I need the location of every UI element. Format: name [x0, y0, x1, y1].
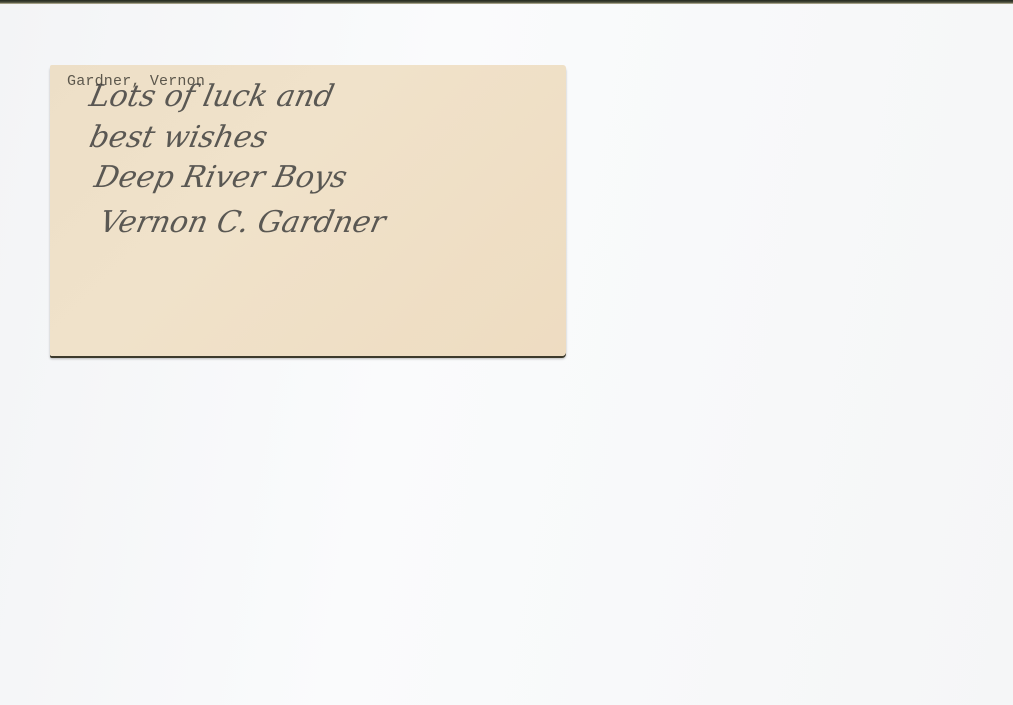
handwritten-line-1: Lots of luck and: [86, 79, 337, 114]
index-card: Gardner, Vernon Lots of luck and best wi…: [50, 65, 566, 356]
signature: Vernon C. Gardner: [96, 205, 388, 240]
handwritten-line-2: best wishes: [86, 120, 271, 155]
handwritten-line-3: Deep River Boys: [91, 160, 350, 195]
